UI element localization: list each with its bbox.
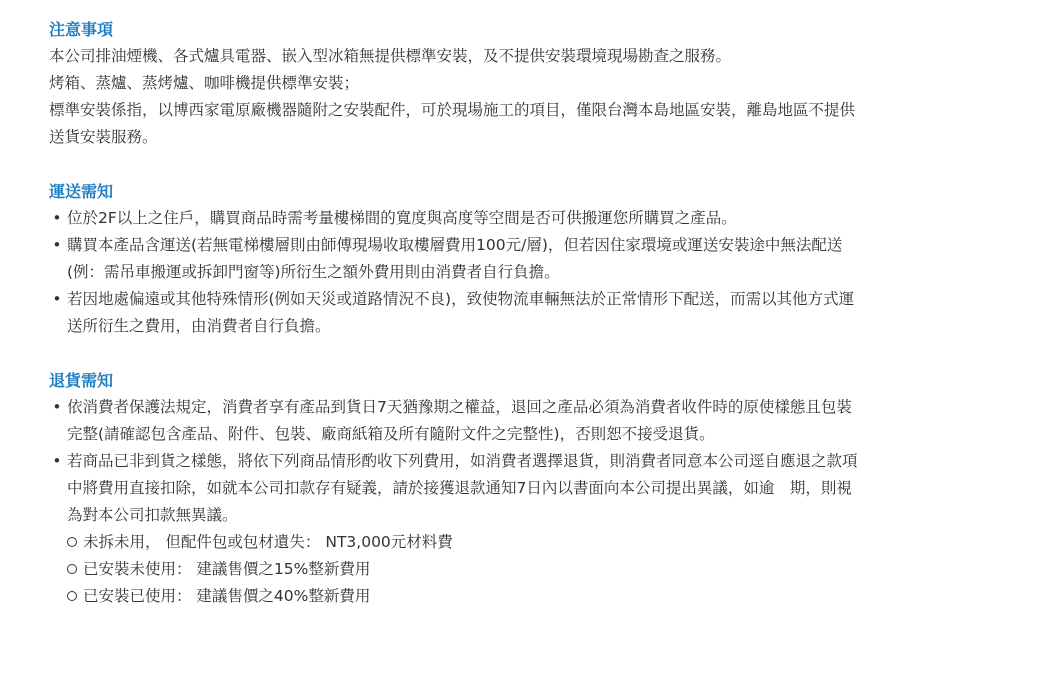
circle-bullet-icon bbox=[67, 564, 77, 574]
list-item-text: 為對本公司扣款無異議。 bbox=[67, 502, 999, 529]
notice-line: 烤箱、蒸爐、蒸烤爐、咖啡機提供標準安裝； bbox=[49, 70, 999, 97]
returns-title: 退貨需知 bbox=[49, 367, 999, 394]
section-spacer bbox=[49, 151, 999, 178]
list-item: • 依消費者保護法規定，消費者享有產品到貨日7天猶豫期之權益，退回之產品必須為消… bbox=[49, 394, 999, 448]
list-item: • 購買本產品含運送(若無電梯樓層則由師傅現場收取樓層費用100元/層)，但若因… bbox=[49, 232, 999, 286]
section-spacer bbox=[49, 340, 999, 367]
list-item-text: 完整(請確認包含產品、附件、包裝、廠商紙箱及所有隨附文件之完整性)，否則恕不接受… bbox=[67, 421, 999, 448]
fee-item-text: 未拆未用， 但配件包或包材遺失： NT3,000元材料費 bbox=[83, 533, 453, 551]
returns-list: • 依消費者保護法規定，消費者享有產品到貨日7天猶豫期之權益，退回之產品必須為消… bbox=[49, 394, 999, 529]
list-item-text: 若因地處偏遠或其他特殊情形(例如天災或道路情況不良)，致使物流車輛無法於正常情形… bbox=[67, 286, 999, 313]
returns-section: 退貨需知 • 依消費者保護法規定，消費者享有產品到貨日7天猶豫期之權益，退回之產… bbox=[49, 367, 999, 610]
circle-bullet-icon bbox=[67, 591, 77, 601]
fee-item-text: 已安裝未使用： 建議售價之15%整新費用 bbox=[83, 560, 370, 578]
notice-section: 注意事項 本公司排油煙機、各式爐具電器、嵌入型冰箱無提供標準安裝，及不提供安裝環… bbox=[49, 16, 999, 151]
bullet-icon: • bbox=[52, 394, 62, 421]
list-item-text: 送所衍生之費用，由消費者自行負擔。 bbox=[67, 313, 999, 340]
delivery-section: 運送需知 • 位於2F以上之住戶，購買商品時需考量樓梯間的寬度與高度等空間是否可… bbox=[49, 178, 999, 340]
bullet-icon: • bbox=[52, 232, 62, 259]
fee-item-text: 已安裝已使用： 建議售價之40%整新費用 bbox=[83, 587, 370, 605]
list-item: • 若因地處偏遠或其他特殊情形(例如天災或道路情況不良)，致使物流車輛無法於正常… bbox=[49, 286, 999, 340]
list-item: • 位於2F以上之住戶，購買商品時需考量樓梯間的寬度與高度等空間是否可供搬運您所… bbox=[49, 205, 999, 232]
bullet-icon: • bbox=[52, 205, 62, 232]
notice-line: 本公司排油煙機、各式爐具電器、嵌入型冰箱無提供標準安裝，及不提供安裝環境現場勘查… bbox=[49, 43, 999, 70]
bullet-icon: • bbox=[52, 448, 62, 475]
circle-bullet-icon bbox=[67, 537, 77, 547]
delivery-list: • 位於2F以上之住戶，購買商品時需考量樓梯間的寬度與高度等空間是否可供搬運您所… bbox=[49, 205, 999, 340]
notice-title: 注意事項 bbox=[49, 16, 999, 43]
list-item-text: 購買本產品含運送(若無電梯樓層則由師傅現場收取樓層費用100元/層)，但若因住家… bbox=[67, 232, 999, 259]
list-item-text: 若商品已非到貨之樣態，將依下列商品情形酌收下列費用，如消費者選擇退貨，則消費者同… bbox=[67, 448, 999, 475]
list-item-text: 依消費者保護法規定，消費者享有產品到貨日7天猶豫期之權益，退回之產品必須為消費者… bbox=[67, 394, 999, 421]
fee-list: 未拆未用， 但配件包或包材遺失： NT3,000元材料費 已安裝未使用： 建議售… bbox=[49, 529, 999, 610]
list-item-text: 位於2F以上之住戶，購買商品時需考量樓梯間的寬度與高度等空間是否可供搬運您所購買… bbox=[67, 205, 999, 232]
fee-item: 已安裝未使用： 建議售價之15%整新費用 bbox=[67, 556, 999, 583]
list-item-text: (例：需吊車搬運或拆卸門窗等)所衍生之額外費用則由消費者自行負擔。 bbox=[67, 259, 999, 286]
delivery-title: 運送需知 bbox=[49, 178, 999, 205]
fee-item: 未拆未用， 但配件包或包材遺失： NT3,000元材料費 bbox=[67, 529, 999, 556]
list-item-text: 中將費用直接扣除，如就本公司扣款存有疑義，請於接獲退款通知7日內以書面向本公司提… bbox=[67, 475, 999, 502]
notice-line: 標準安裝係指，以博西家電原廠機器隨附之安裝配件，可於現場施工的項目，僅限台灣本島… bbox=[49, 97, 999, 124]
policy-document: 注意事項 本公司排油煙機、各式爐具電器、嵌入型冰箱無提供標準安裝，及不提供安裝環… bbox=[0, 0, 999, 610]
fee-item: 已安裝已使用： 建議售價之40%整新費用 bbox=[67, 583, 999, 610]
bullet-icon: • bbox=[52, 286, 62, 313]
list-item: • 若商品已非到貨之樣態，將依下列商品情形酌收下列費用，如消費者選擇退貨，則消費… bbox=[49, 448, 999, 529]
notice-line: 送貨安裝服務。 bbox=[49, 124, 999, 151]
